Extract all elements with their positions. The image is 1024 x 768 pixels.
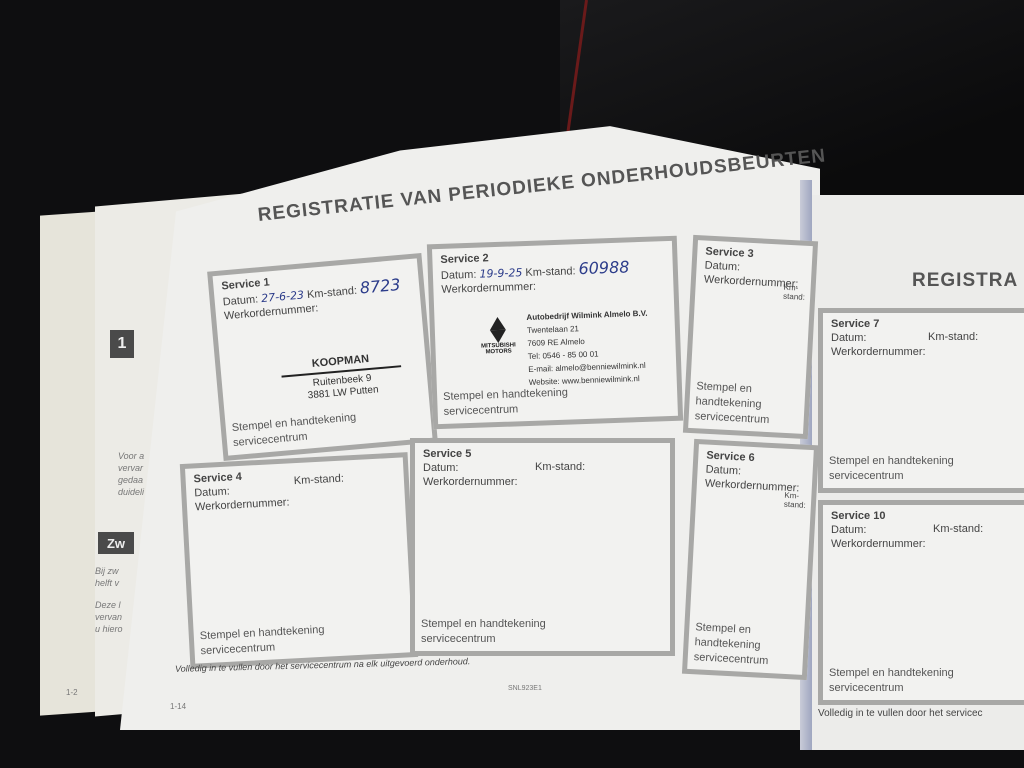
right-page-title: REGISTRA: [912, 270, 1018, 292]
chapter-tab-number: 1: [118, 335, 127, 353]
werkordernummer-label: Werkordernummer:: [441, 281, 536, 296]
km-label: Km-stand:: [525, 265, 576, 279]
cell-footer: Stempel en handtekening servicecentrum: [694, 379, 805, 430]
page-number: 1-2: [66, 688, 78, 697]
service-label: Service 7: [831, 317, 926, 331]
datum-value: 27-6-23: [261, 288, 305, 305]
service-label: Service 10: [831, 509, 926, 523]
service-cell-10: Service 10 Datum: Werkordernummer: Km-st…: [818, 500, 1024, 705]
dealer-stamp: KOOPMAN Ruitenbeek 9 3881 LW Putten: [280, 350, 403, 404]
datum-label: Datum:: [831, 332, 866, 344]
km-value: 8723: [359, 275, 401, 297]
logo-diamond-icon: [490, 330, 506, 344]
document-code: SNL923E1: [508, 685, 542, 692]
km-label: Km-stand:: [928, 331, 978, 343]
chapter-tab: 1: [110, 330, 134, 358]
stamp-name: KOOPMAN: [280, 350, 401, 372]
cell-footer: Stempel en handtekening servicecentrum: [421, 617, 546, 647]
werkordernummer-label: Werkordernummer:: [831, 538, 926, 550]
text-line: vervan: [95, 611, 123, 623]
stamp-label-2: servicecentrum: [829, 469, 954, 484]
service-cell-4: Service 4 Datum: Werkordernummer: Km-sta…: [180, 452, 418, 669]
werkordernummer-label: Werkordernummer:: [423, 476, 518, 488]
service-cell-2: Service 2 Datum: 19-9-25 Km-stand: 60988…: [427, 236, 683, 430]
service-label: Service 4: [193, 467, 288, 486]
km-label: Km-stand:: [783, 283, 811, 302]
stamp-label-2: servicecentrum: [443, 401, 568, 420]
service-cell-7: Service 7 Datum: Werkordernummer: Km-sta…: [818, 308, 1024, 493]
cell-header: Service 4 Datum: Werkordernummer:: [193, 467, 290, 514]
cell-header: Service 2 Datum: 19-9-25 Km-stand: 60988…: [440, 246, 630, 297]
werkordernummer-label: Werkordernummer:: [195, 496, 290, 513]
text-line: u hiero: [95, 623, 123, 635]
service-cell-3: Service 3 Datum: Werkordernummer: Km-sta…: [683, 235, 818, 439]
cell-footer: Stempel en handtekening servicecentrum: [231, 410, 358, 451]
service-label: Service 5: [423, 447, 518, 461]
page-number: 1-14: [170, 702, 186, 711]
service-cell-5: Service 5 Datum: Werkordernummer: Km-sta…: [410, 438, 675, 656]
service-cell-1: Service 1 Datum: 27-6-23 Km-stand: 8723 …: [207, 253, 438, 461]
cell-header: Service 7 Datum: Werkordernummer:: [831, 317, 926, 359]
back-page-text: Bij zw helft v Deze l vervan u hiero: [95, 565, 123, 635]
logo-diamond-icon: [489, 317, 505, 331]
text-line: vervar: [118, 462, 144, 474]
stamp-label: Stempel en handtekening: [829, 666, 954, 681]
cell-header: Service 6 Datum: Werkordernummer:: [705, 449, 802, 496]
text-line: Deze l: [95, 599, 123, 611]
cell-header: Service 1 Datum: 27-6-23 Km-stand: 8723 …: [221, 264, 403, 323]
datum-label: Datum:: [831, 524, 866, 536]
datum-label: Datum:: [705, 464, 741, 478]
cell-footer: Stempel en handtekening servicecentrum: [693, 620, 804, 671]
text-line: helft v: [95, 577, 123, 589]
cell-footer: Stempel en handtekening servicecentrum: [829, 666, 954, 696]
service-cell-6: Service 6 Datum: Werkordernummer: Km-sta…: [682, 439, 819, 680]
cell-header: Service 5 Datum: Werkordernummer:: [423, 447, 518, 489]
km-label: Km-stand:: [933, 523, 983, 535]
section-heading: Zw: [98, 532, 134, 554]
text-line: Bij zw: [95, 565, 123, 577]
text-line: Voor a: [118, 450, 144, 462]
section-heading-text: Zw: [107, 536, 125, 551]
datum-label: Datum:: [222, 293, 258, 308]
km-label: Km-stand:: [784, 491, 812, 510]
stamp-label: Stempel en handtekening: [829, 454, 954, 469]
cell-footer: Stempel en handtekening servicecentrum: [199, 623, 325, 659]
stamp-label-2: servicecentrum: [421, 632, 546, 647]
km-label: Km-stand:: [307, 285, 358, 301]
cell-header: Service 10 Datum: Werkordernummer:: [831, 509, 926, 551]
text-line: duideli: [118, 486, 144, 498]
km-label: Km-stand:: [294, 473, 345, 488]
datum-label: Datum:: [441, 269, 477, 282]
cell-footer: Stempel en handtekening servicecentrum: [443, 386, 569, 420]
km-label: Km-stand:: [535, 461, 585, 473]
werkordernummer-label: Werkordernummer:: [831, 346, 926, 358]
datum-label: Datum:: [704, 260, 740, 274]
text-line: gedaa: [118, 474, 144, 486]
datum-value: 19-9-25: [479, 266, 522, 280]
right-footer-note: Volledig in te vullen door het servicec: [818, 708, 983, 719]
stamp-label-2: servicecentrum: [829, 681, 954, 696]
cell-footer: Stempel en handtekening servicecentrum: [829, 454, 954, 484]
dealer-stamp: Autobedrijf Wilmink Almelo B.V. Twentela…: [526, 307, 650, 389]
km-value: 60988: [578, 257, 630, 278]
mitsubishi-logo: MITSUBISHI MOTORS: [474, 316, 521, 356]
datum-label: Datum:: [423, 462, 458, 474]
stamp-label: Stempel en handtekening: [421, 617, 546, 632]
back-page-text: Voor a vervar gedaa duideli: [118, 450, 144, 498]
datum-label: Datum:: [194, 486, 230, 500]
